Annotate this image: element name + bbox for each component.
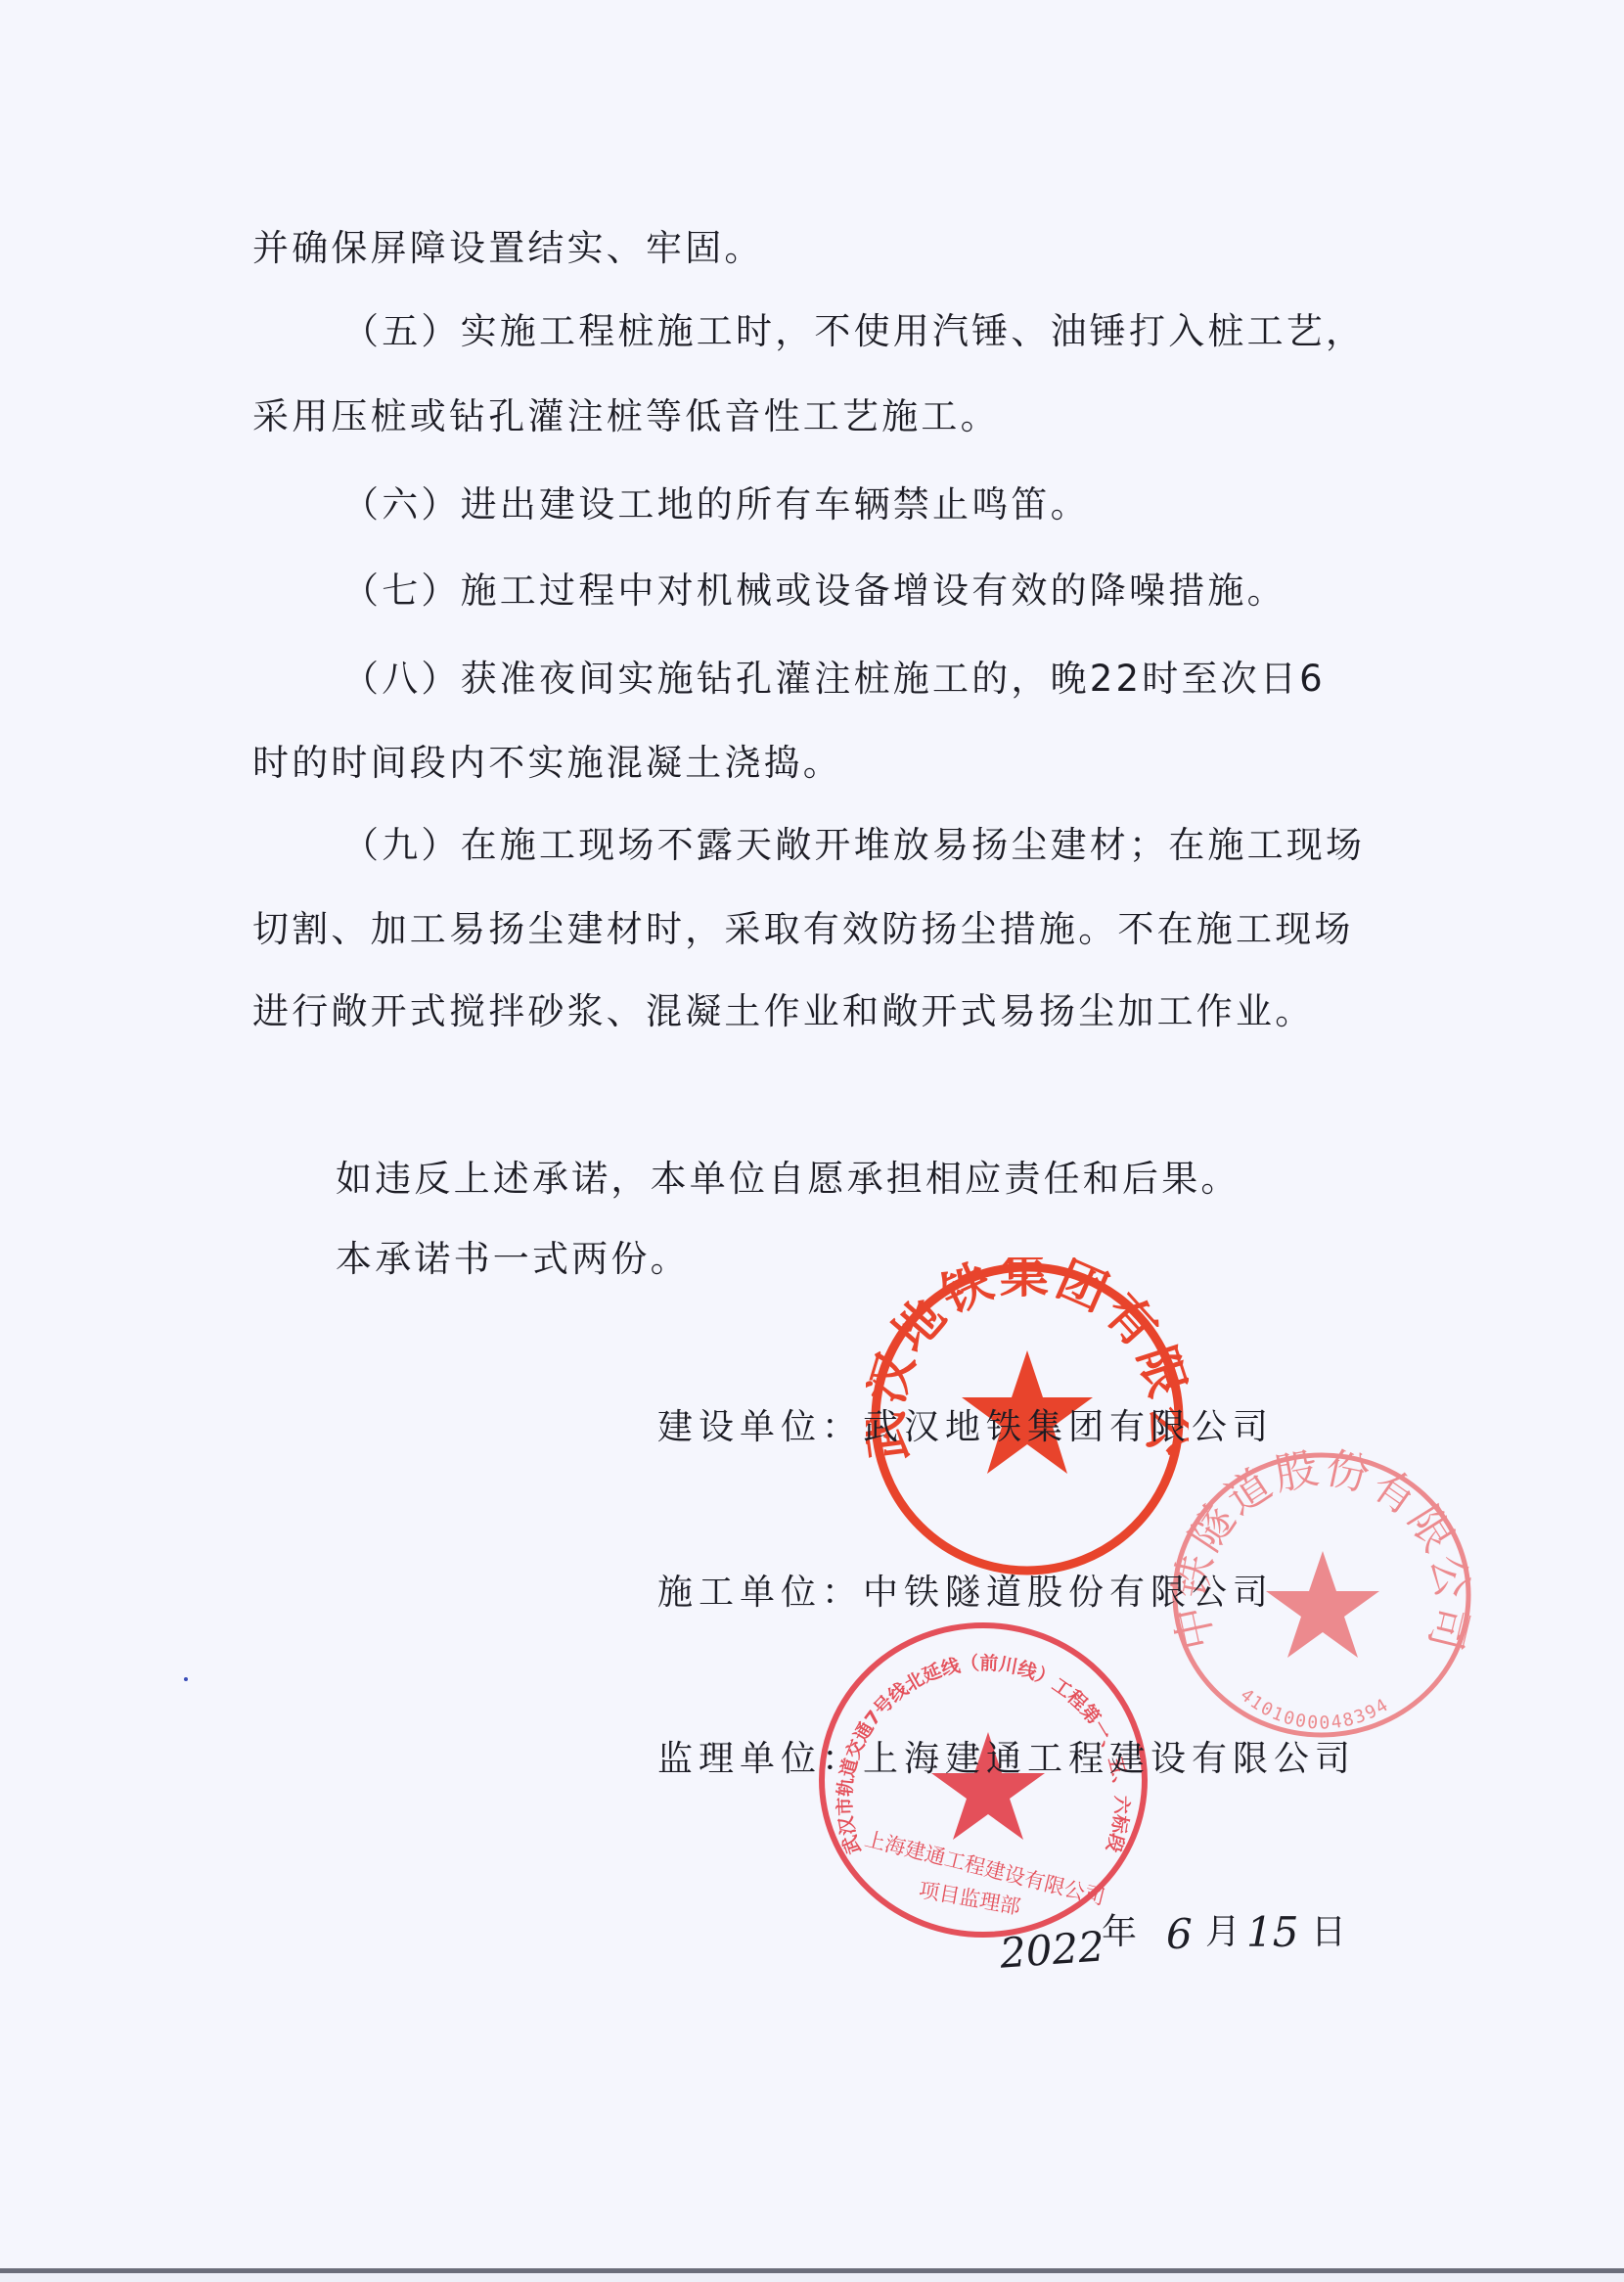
body-line: （八）获准夜间实施钻孔灌注桩施工的，晚22时至次日6: [342, 658, 1326, 701]
document-page: 并确保屏障设置结实、牢固。 （五）实施工程桩施工时，不使用汽锤、油锤打入桩工艺，…: [0, 0, 1624, 2268]
date-year-handwritten: 2022: [998, 1922, 1105, 1977]
signatory-construction-owner: 建设单位：武汉地铁集团有限公司: [657, 1406, 1274, 1449]
body-line: （九）在施工现场不露天敞开堆放易扬尘建材；在施工现场: [342, 824, 1365, 867]
signatory-role: 施工单位：: [657, 1573, 863, 1613]
body-line: （七）施工过程中对机械或设备增设有效的降噪措施。: [342, 570, 1286, 613]
body-line: 采用压桩或钻孔灌注桩等低音性工艺施工。: [252, 395, 1000, 438]
signatory-name: 武汉地铁集团有限公司: [863, 1407, 1274, 1447]
body-line: （五）实施工程桩施工时，不使用汽锤、油锤打入桩工艺，: [342, 310, 1365, 353]
signatory-role: 监理单位：: [657, 1739, 863, 1779]
copies-statement: 本承诺书一式两份。: [336, 1238, 690, 1281]
body-line: 切割、加工易扬尘建材时，采取有效防扬尘措施。不在施工现场: [252, 908, 1354, 951]
body-line: 并确保屏障设置结实、牢固。: [252, 227, 764, 270]
signatory-contractor: 施工单位：中铁隧道股份有限公司: [657, 1572, 1274, 1615]
signatory-name: 中铁隧道股份有限公司: [863, 1573, 1274, 1613]
signatory-role: 建设单位：: [657, 1407, 863, 1447]
date-month-handwritten: 6: [1166, 1910, 1193, 1958]
date-year-label: 年: [1102, 1911, 1137, 1954]
date-month-label: 月: [1205, 1911, 1241, 1954]
body-line: （六）进出建设工地的所有车辆禁止鸣笛。: [342, 483, 1090, 526]
date-day-handwritten: 15: [1246, 1908, 1298, 1956]
scan-speck: [184, 1677, 188, 1681]
scan-background: [0, 2273, 1624, 2282]
body-line: 进行敞开式搅拌砂浆、混凝土作业和敞开式易扬尘加工作业。: [252, 990, 1314, 1033]
signatory-name: 上海建通工程建设有限公司: [863, 1739, 1356, 1779]
closing-statement: 如违反上述承诺，本单位自愿承担相应责任和后果。: [336, 1158, 1241, 1201]
body-line: 时的时间段内不实施混凝土浇捣。: [252, 742, 842, 785]
date-day-label: 日: [1311, 1911, 1346, 1954]
signatory-supervisor: 监理单位：上海建通工程建设有限公司: [657, 1738, 1356, 1781]
